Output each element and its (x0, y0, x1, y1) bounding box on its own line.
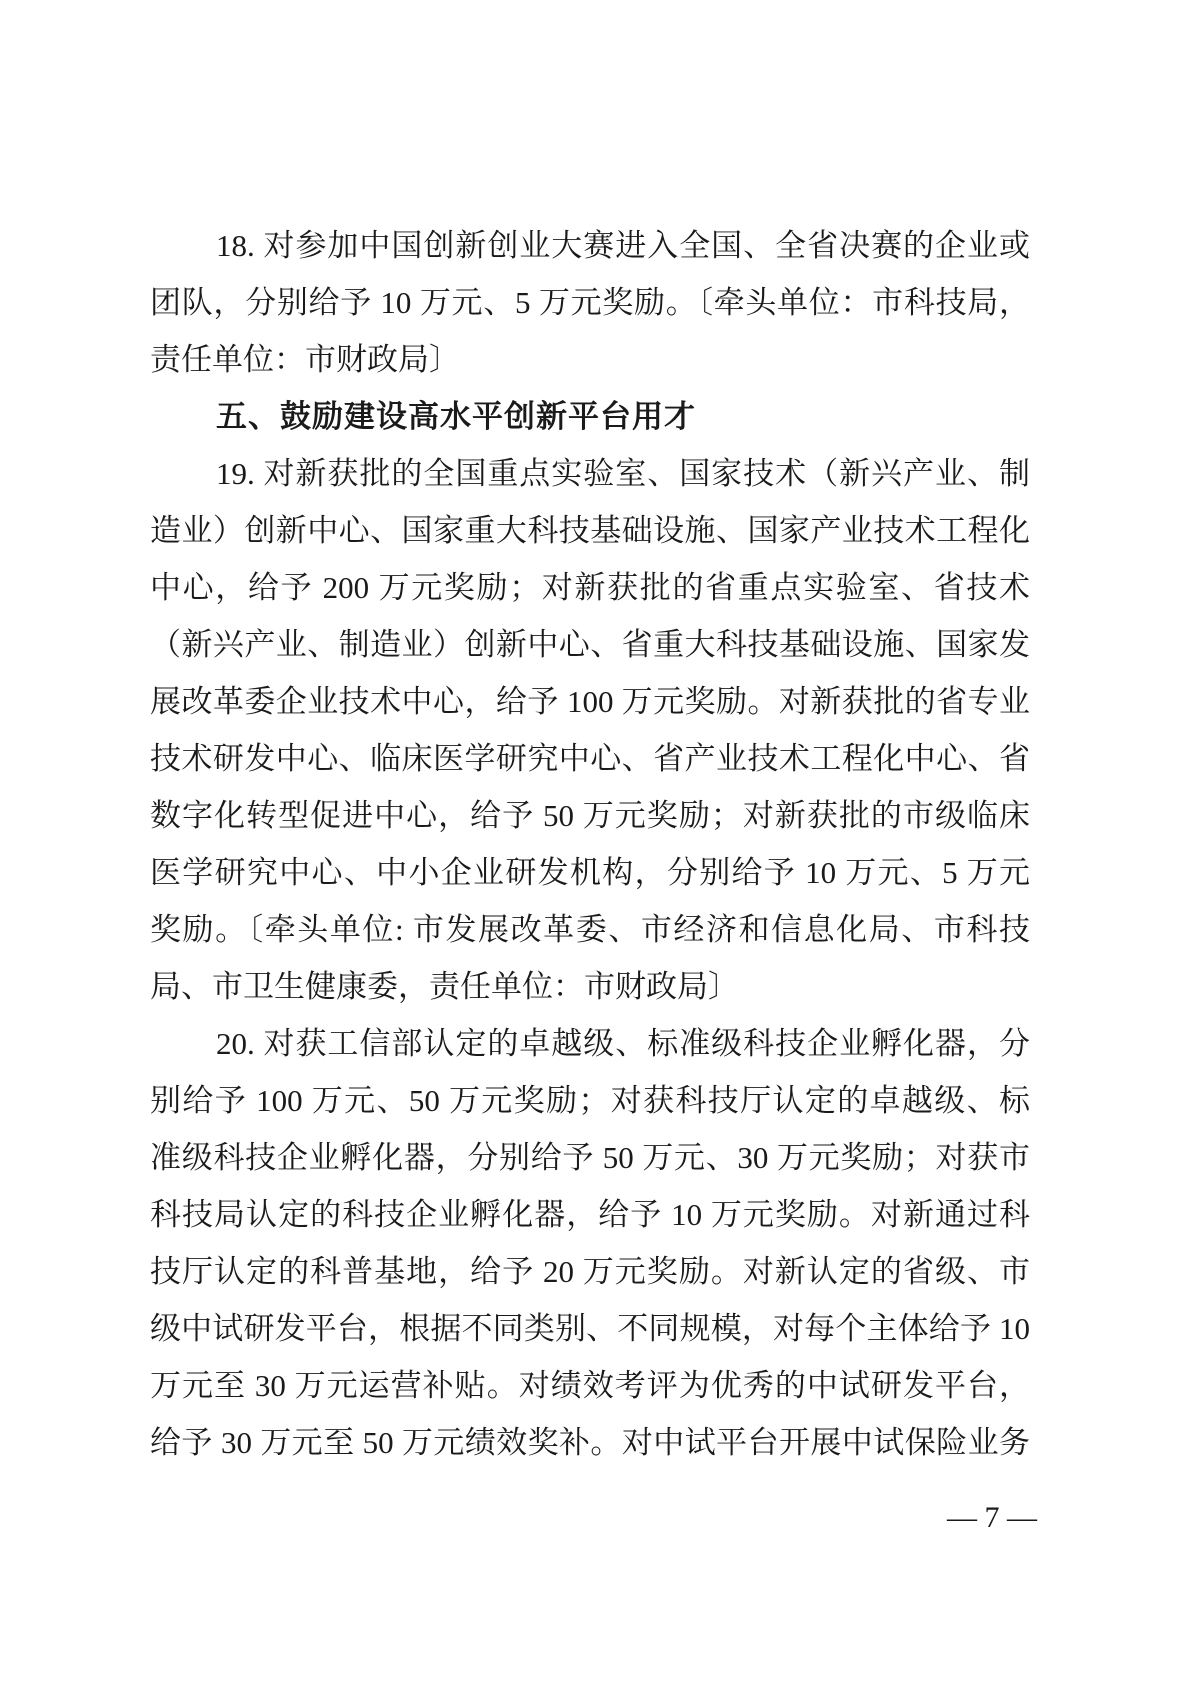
paragraph-line: 团队，分别给予 10 万元、5 万元奖励。〔牵头单位：市科技局， (150, 274, 1030, 331)
section-heading: 五、鼓励建设高水平创新平台用才 (150, 388, 1030, 445)
paragraph-line: 级中试研发平台，根据不同类别、不同规模，对每个主体给予 10 (150, 1300, 1030, 1357)
page-footer: — 7 — (947, 1498, 1037, 1538)
paragraph-line: 造业）创新中心、国家重大科技基础设施、国家产业技术工程化 (150, 502, 1030, 559)
paragraph-line: 万元至 30 万元运营补贴。对绩效考评为优秀的中试研发平台， (150, 1357, 1030, 1414)
paragraph-line: 医学研究中心、中小企业研发机构，分别给予 10 万元、5 万元 (150, 844, 1030, 901)
document-body: 18. 对参加中国创新创业大赛进入全国、全省决赛的企业或团队，分别给予 10 万… (150, 217, 1030, 1471)
paragraph-line: 数字化转型促进中心，给予 50 万元奖励；对新获批的市级临床 (150, 787, 1030, 844)
paragraph-line: 奖励。〔牵头单位: 市发展改革委、市经济和信息化局、市科技 (150, 901, 1030, 958)
paragraph-line: 技术研发中心、临床医学研究中心、省产业技术工程化中心、省 (150, 730, 1030, 787)
paragraph-line: 技厅认定的科普基地，给予 20 万元奖励。对新认定的省级、市 (150, 1243, 1030, 1300)
document-page: 18. 对参加中国创新创业大赛进入全国、全省决赛的企业或团队，分别给予 10 万… (0, 0, 1191, 1684)
paragraph-line: 中心，给予 200 万元奖励；对新获批的省重点实验室、省技术 (150, 559, 1030, 616)
paragraph-line: 别给予 100 万元、50 万元奖励；对获科技厅认定的卓越级、标 (150, 1072, 1030, 1129)
paragraph-line: （新兴产业、制造业）创新中心、省重大科技基础设施、国家发 (150, 616, 1030, 673)
paragraph-line: 18. 对参加中国创新创业大赛进入全国、全省决赛的企业或 (150, 217, 1030, 274)
paragraph-line: 19. 对新获批的全国重点实验室、国家技术（新兴产业、制 (150, 445, 1030, 502)
paragraph-line: 准级科技企业孵化器，分别给予 50 万元、30 万元奖励；对获市 (150, 1129, 1030, 1186)
paragraph-line: 科技局认定的科技企业孵化器，给予 10 万元奖励。对新通过科 (150, 1186, 1030, 1243)
paragraph-line: 20. 对获工信部认定的卓越级、标准级科技企业孵化器，分 (150, 1015, 1030, 1072)
paragraph-line: 给予 30 万元至 50 万元绩效奖补。对中试平台开展中试保险业务 (150, 1414, 1030, 1471)
paragraph-line: 展改革委企业技术中心，给予 100 万元奖励。对新获批的省专业 (150, 673, 1030, 730)
paragraph-line: 责任单位：市财政局〕 (150, 331, 1030, 388)
paragraph-line: 局、市卫生健康委，责任单位：市财政局〕 (150, 958, 1030, 1015)
page-number: — 7 — (947, 1501, 1037, 1534)
